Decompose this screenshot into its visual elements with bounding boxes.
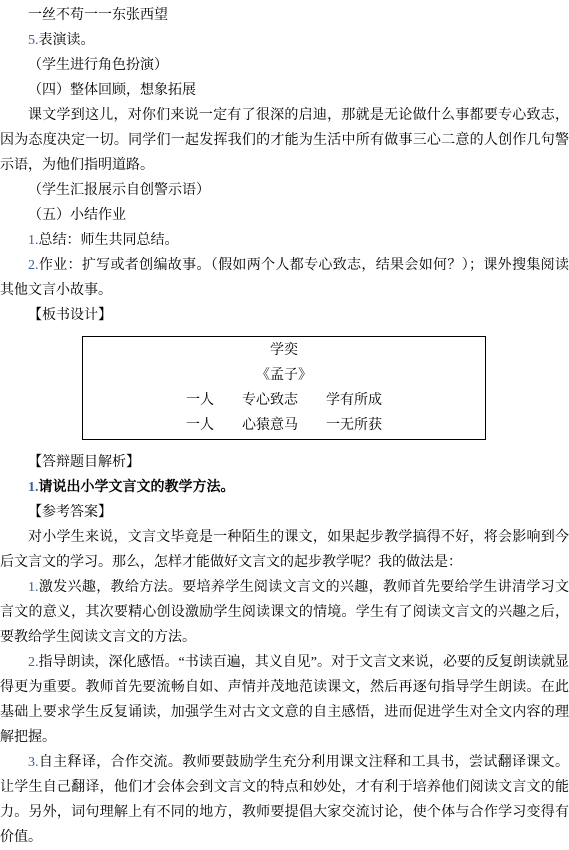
board-line: 一人 专心致志 学有所成 [83,388,485,413]
list-number: 2. [28,655,39,670]
paragraph: 5.表演读。 [0,28,569,53]
list-number: 1. [28,580,39,595]
paragraph: 对小学生来说，文言文毕竟是一种陌生的课文，如果起步教学搞得不好，将会影响到今后文… [0,525,569,575]
paragraph: 2.作业：扩写或者创编故事。（假如两个人都专心致志，结果会如何？）；课外搜集阅读… [0,253,569,303]
paragraph-text: 作业：扩写或者创编故事。（假如两个人都专心致志，结果会如何？）；课外搜集阅读其他… [0,258,569,298]
paragraph: （学生汇报展示自创警示语） [0,178,569,203]
board-line: 学奕 [83,338,485,363]
paragraph-text: 指导朗读，深化感悟。“书读百遍，其义自见”。对于文言文来说，必要的反复朗读就显得… [0,655,569,745]
paragraph-text: 总结：师生共同总结。 [39,233,179,248]
paragraph: 1.总结：师生共同总结。 [0,228,569,253]
paragraph: 课文学到这儿，对你们来说一定有了很深的启迪，那就是无论做什么事都要专心致志，因为… [0,103,569,178]
paragraph: 【答辩题目解析】 [0,450,569,475]
paragraph-text: 表演读。 [39,33,95,48]
blackboard-design-box: 学奕《孟子》一人 专心致志 学有所成一人 心猿意马 一无所获 [82,336,486,440]
board-line: 一人 心猿意马 一无所获 [83,413,485,438]
paragraph-text: 自主释译，合作交流。教师要鼓励学生充分利用课文注释和工具书，尝试翻译课文。让学生… [0,755,569,845]
list-number: 1. [28,233,39,248]
paragraph: 【板书设计】 [0,303,569,328]
paragraph: 【参考答案】 [0,500,569,525]
list-number: 3. [28,755,39,770]
paragraph: （五）小结作业 [0,203,569,228]
paragraph: （四）整体回顾，想象拓展 [0,78,569,103]
board-line: 《孟子》 [83,363,485,388]
document-page: 一丝不苟一一东张西望5.表演读。（学生进行角色扮演）（四）整体回顾，想象拓展课文… [0,0,569,850]
paragraph: 2.指导朗读，深化感悟。“书读百遍，其义自见”。对于文言文来说，必要的反复朗读就… [0,650,569,750]
list-number: 1. [28,480,39,495]
paragraph-text: 激发兴趣，教给方法。要培养学生阅读文言文的兴趣，教师首先要给学生讲清学习文言文的… [0,580,569,645]
list-number: 2. [28,258,39,273]
list-number: 5. [28,33,39,48]
document-body: 一丝不苟一一东张西望5.表演读。（学生进行角色扮演）（四）整体回顾，想象拓展课文… [0,3,569,850]
paragraph-text: 请说出小学文言文的教学方法。 [39,480,235,495]
question-heading: 1.请说出小学文言文的教学方法。 [0,475,569,500]
paragraph: 1.激发兴趣，教给方法。要培养学生阅读文言文的兴趣，教师首先要给学生讲清学习文言… [0,575,569,650]
paragraph: （学生进行角色扮演） [0,53,569,78]
paragraph: 一丝不苟一一东张西望 [0,3,569,28]
paragraph: 3.自主释译，合作交流。教师要鼓励学生充分利用课文注释和工具书，尝试翻译课文。让… [0,750,569,850]
